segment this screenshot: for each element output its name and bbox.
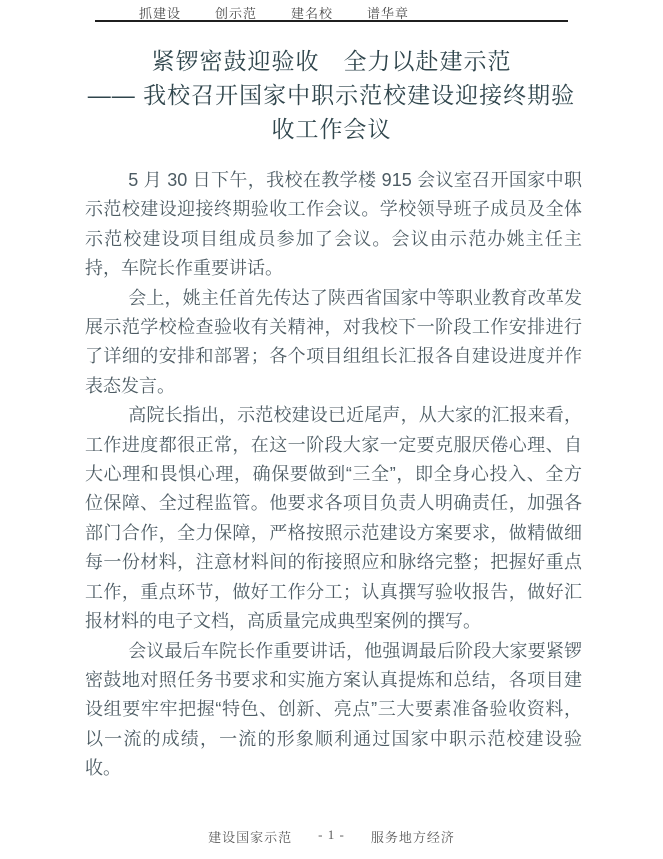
article-subtitle-line-1: —— 我校召开国家中职示范校建设迎接终期验 (0, 78, 663, 112)
article-title: 紧锣密鼓迎验收 全力以赴建示范 —— 我校召开国家中职示范校建设迎接终期验 收工… (0, 44, 663, 146)
article-subtitle-line-2: 收工作会议 (0, 112, 663, 146)
footer-page-number: - 1 - (318, 827, 345, 846)
footer-left-motto: 建设国家示范 (208, 827, 292, 846)
article-paragraph-1: 5 月 30 日下午，我校在教学楼 915 会议室召开国家中职示范校建设迎接终期… (85, 166, 582, 284)
article-paragraph-4: 会议最后车院长作重要讲话，他强调最后阶段大家要紧锣密鼓地对照任务书要求和实施方案… (85, 637, 582, 784)
article-body: 5 月 30 日下午，我校在教学楼 915 会议室召开国家中职示范校建设迎接终期… (85, 166, 582, 784)
header-slogan-1: 抓建设 (139, 3, 181, 22)
article-title-line-1: 紧锣密鼓迎验收 全力以赴建示范 (0, 44, 663, 78)
article-paragraph-2: 会上，姚主任首先传达了陕西省国家中等职业教育改革发展示范学校检查验收有关精神，对… (85, 284, 582, 402)
document-page: 抓建设 创示范 建名校 谱华章 紧锣密鼓迎验收 全力以赴建示范 —— 我校召开国… (0, 0, 663, 859)
header-slogan-2: 创示范 (215, 3, 257, 22)
header-slogans: 抓建设 创示范 建名校 谱华章 (139, 0, 568, 22)
page-header: 抓建设 创示范 建名校 谱华章 (95, 0, 568, 22)
header-slogan-4: 谱华章 (367, 3, 409, 22)
footer-right-motto: 服务地方经济 (371, 827, 455, 846)
page-footer: 建设国家示范 - 1 - 服务地方经济 (0, 827, 663, 846)
article-paragraph-3: 高院长指出，示范校建设已近尾声，从大家的汇报来看，工作进度都很正常，在这一阶段大… (85, 401, 582, 636)
header-slogan-3: 建名校 (291, 3, 333, 22)
